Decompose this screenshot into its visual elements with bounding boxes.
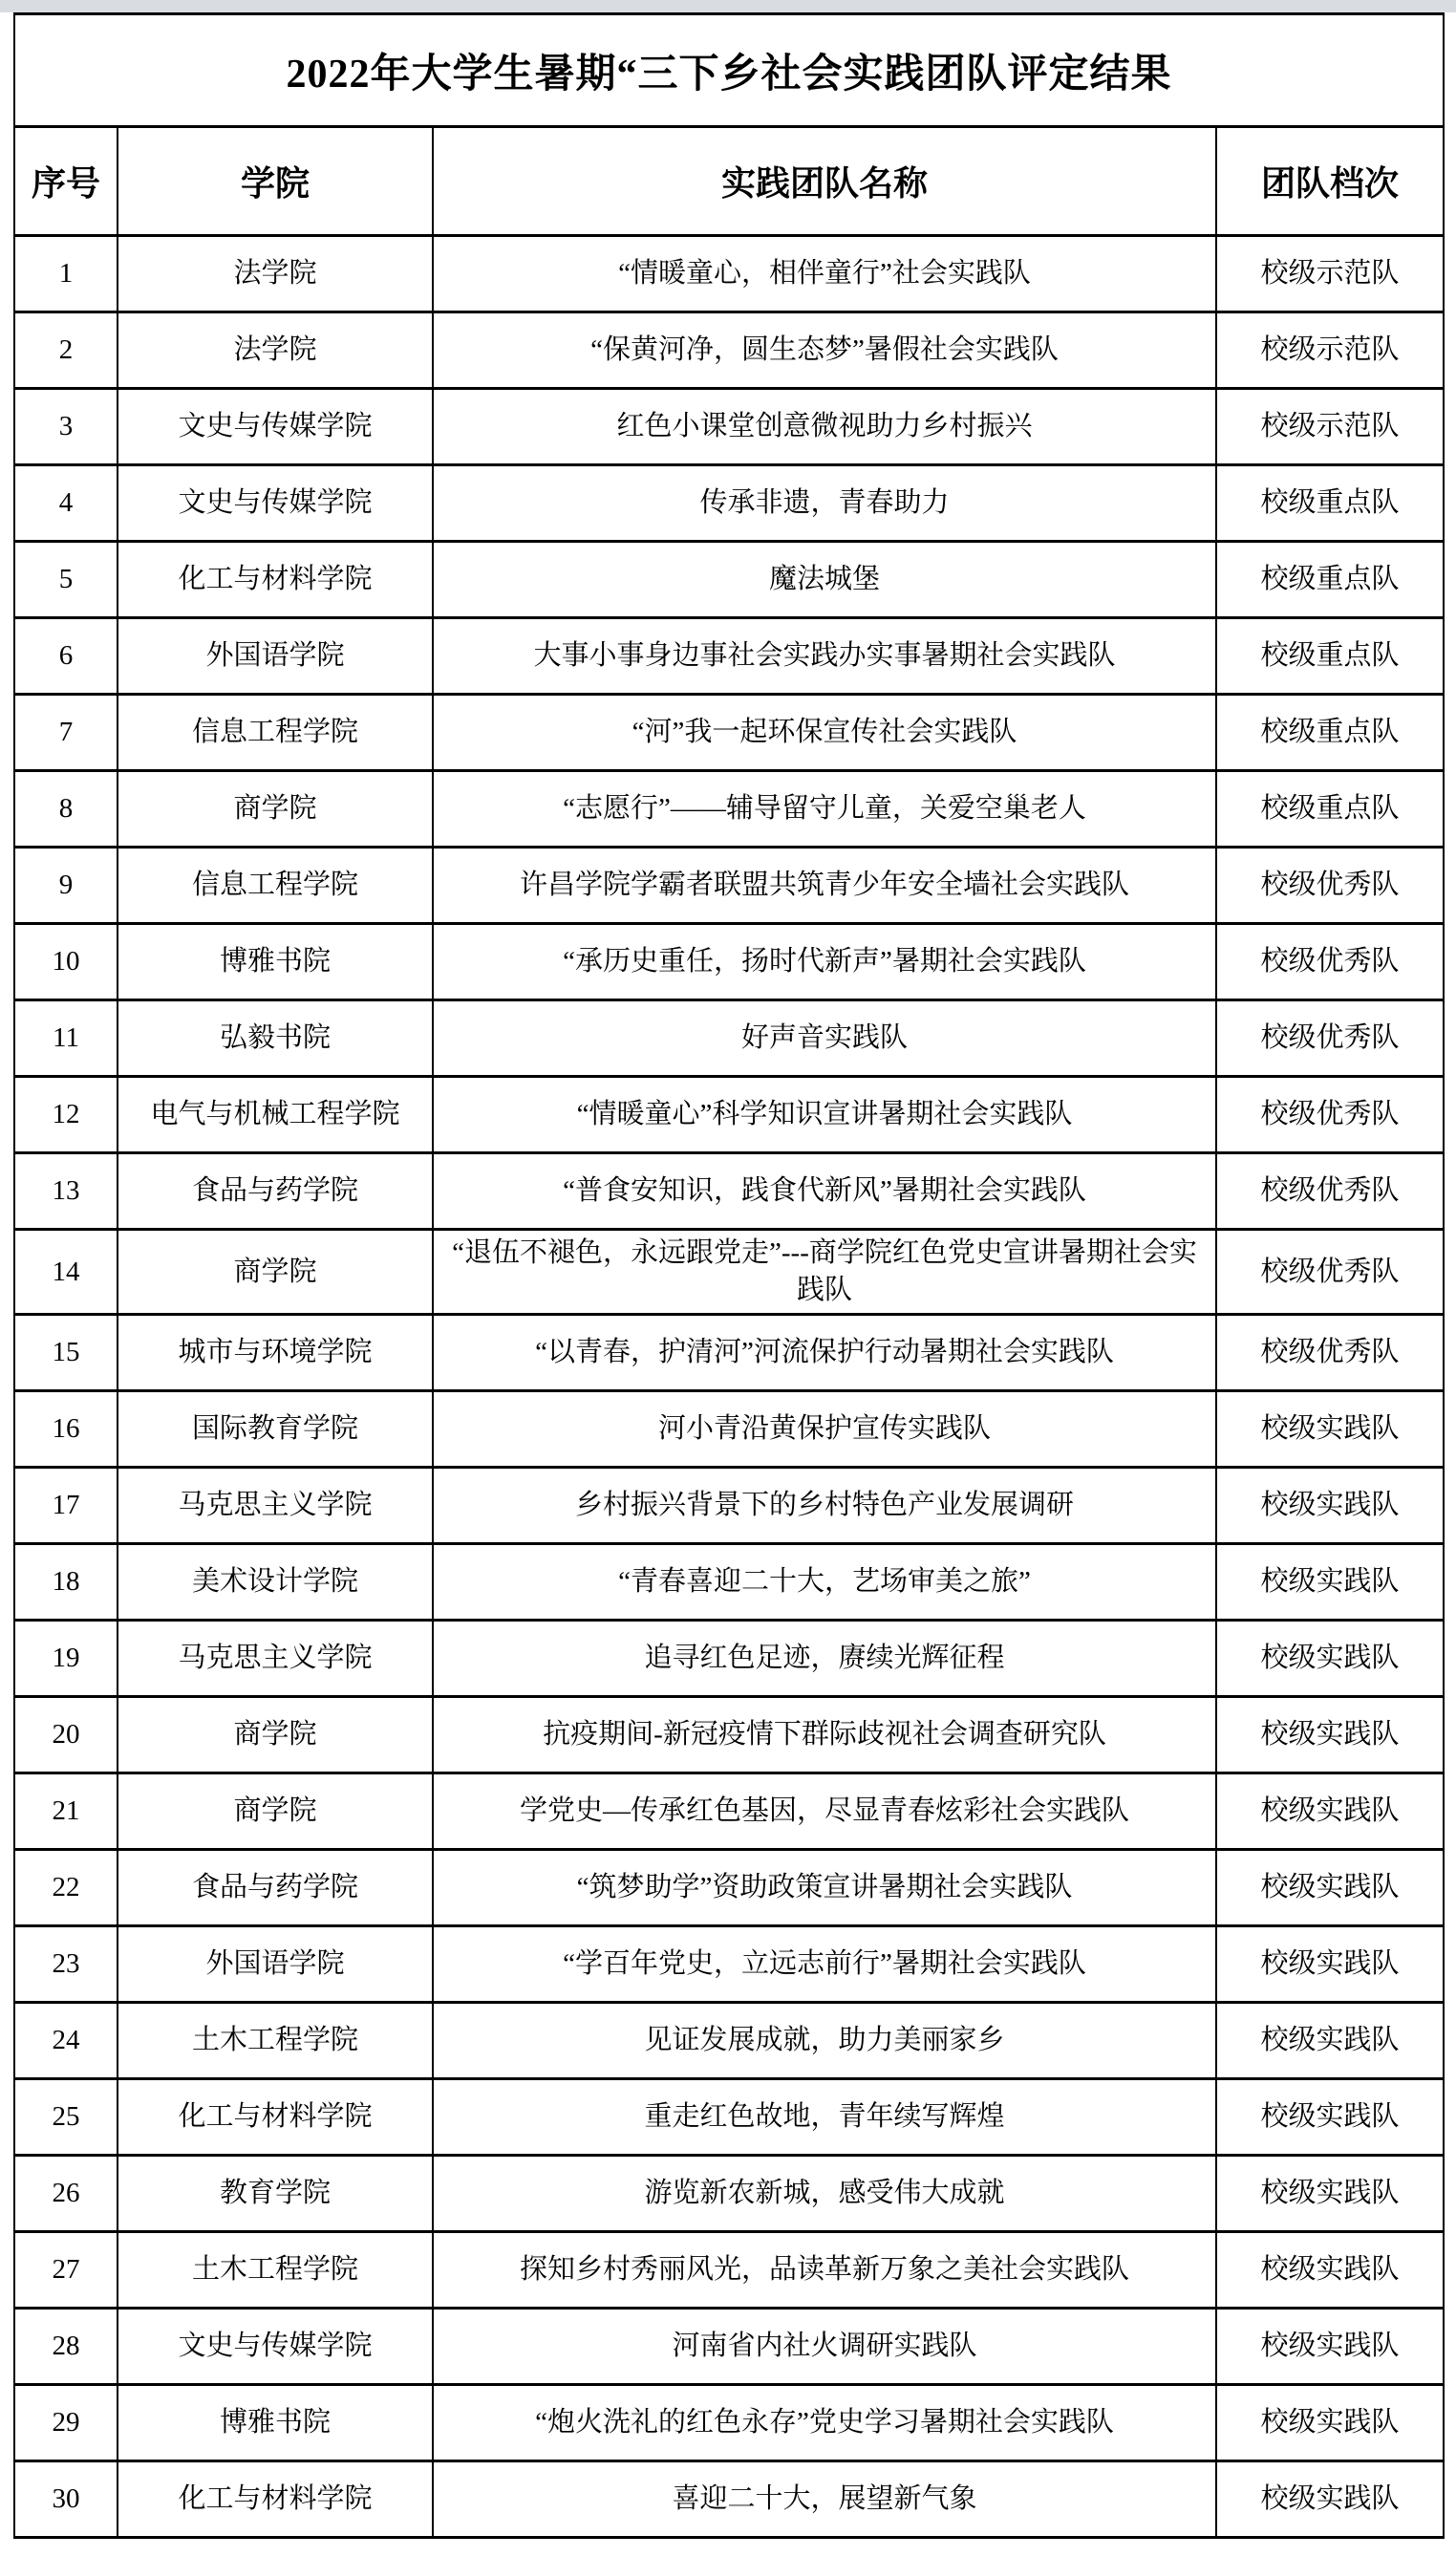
level-cell: 校级重点队 xyxy=(1216,542,1444,618)
college-cell: 马克思主义学院 xyxy=(118,1468,433,1544)
title-row: 2022年大学生暑期“三下乡社会实践团队评定结果 xyxy=(14,14,1444,127)
team-name-cell: “以青春，护清河”河流保护行动暑期社会实践队 xyxy=(433,1315,1216,1391)
column-header-level: 团队档次 xyxy=(1216,127,1444,236)
table-row: 19 马克思主义学院 追寻红色足迹，赓续光辉征程 校级实践队 xyxy=(14,1621,1444,1697)
level-cell: 校级实践队 xyxy=(1216,2232,1444,2309)
college-cell: 文史与传媒学院 xyxy=(118,2309,433,2385)
table-row: 24 土木工程学院 见证发展成就，助力美丽家乡 校级实践队 xyxy=(14,2003,1444,2079)
row-index-cell: 26 xyxy=(14,2156,118,2232)
table-row: 10 博雅书院 “承历史重任，扬时代新声”暑期社会实践队 校级优秀队 xyxy=(14,924,1444,1000)
table-row: 18 美术设计学院 “青春喜迎二十大，艺场审美之旅” 校级实践队 xyxy=(14,1544,1444,1621)
level-cell: 校级实践队 xyxy=(1216,1544,1444,1621)
level-cell: 校级实践队 xyxy=(1216,1697,1444,1773)
header-row: 序号 学院 实践团队名称 团队档次 xyxy=(14,127,1444,236)
college-cell: 博雅书院 xyxy=(118,2385,433,2461)
team-name-cell: 追寻红色足迹，赓续光辉征程 xyxy=(433,1621,1216,1697)
level-cell: 校级实践队 xyxy=(1216,2003,1444,2079)
row-index-cell: 19 xyxy=(14,1621,118,1697)
team-name-cell: “学百年党史，立远志前行”暑期社会实践队 xyxy=(433,1926,1216,2003)
team-name-cell: “情暖童心”科学知识宣讲暑期社会实践队 xyxy=(433,1077,1216,1153)
level-cell: 校级实践队 xyxy=(1216,1773,1444,1850)
column-header-college: 学院 xyxy=(118,127,433,236)
team-name-cell: 红色小课堂创意微视助力乡村振兴 xyxy=(433,389,1216,465)
level-cell: 校级实践队 xyxy=(1216,2309,1444,2385)
row-index-cell: 30 xyxy=(14,2461,118,2538)
team-name-cell: 好声音实践队 xyxy=(433,1000,1216,1077)
row-index-cell: 23 xyxy=(14,1926,118,2003)
table-row: 8 商学院 “志愿行”——辅导留守儿童，关爱空巢老人 校级重点队 xyxy=(14,771,1444,848)
level-cell: 校级实践队 xyxy=(1216,1468,1444,1544)
table-body: 2022年大学生暑期“三下乡社会实践团队评定结果 序号 学院 实践团队名称 团队… xyxy=(14,14,1444,2538)
team-name-cell: “筑梦助学”资助政策宣讲暑期社会实践队 xyxy=(433,1850,1216,1926)
level-cell: 校级优秀队 xyxy=(1216,924,1444,1000)
team-name-cell: “河”我一起环保宣传社会实践队 xyxy=(433,695,1216,771)
college-cell: 土木工程学院 xyxy=(118,2232,433,2309)
row-index-cell: 20 xyxy=(14,1697,118,1773)
level-cell: 校级实践队 xyxy=(1216,2156,1444,2232)
team-name-cell: 学党史—传承红色基因，尽显青春炫彩社会实践队 xyxy=(433,1773,1216,1850)
table-row: 13 食品与药学院 “普食安知识，践食代新风”暑期社会实践队 校级优秀队 xyxy=(14,1153,1444,1230)
college-cell: 法学院 xyxy=(118,312,433,389)
team-name-cell: “退伍不褪色，永远跟党走”---商学院红色党史宣讲暑期社会实践队 xyxy=(433,1230,1216,1315)
page-title: 2022年大学生暑期“三下乡社会实践团队评定结果 xyxy=(14,14,1444,127)
level-cell: 校级示范队 xyxy=(1216,312,1444,389)
table-row: 29 博雅书院 “炮火洗礼的红色永存”党史学习暑期社会实践队 校级实践队 xyxy=(14,2385,1444,2461)
table-row: 26 教育学院 游览新农新城，感受伟大成就 校级实践队 xyxy=(14,2156,1444,2232)
college-cell: 土木工程学院 xyxy=(118,2003,433,2079)
college-cell: 文史与传媒学院 xyxy=(118,389,433,465)
table-row: 3 文史与传媒学院 红色小课堂创意微视助力乡村振兴 校级示范队 xyxy=(14,389,1444,465)
team-name-cell: “保黄河净，圆生态梦”暑假社会实践队 xyxy=(433,312,1216,389)
college-cell: 弘毅书院 xyxy=(118,1000,433,1077)
table-row: 4 文史与传媒学院 传承非遗，青春助力 校级重点队 xyxy=(14,465,1444,542)
row-index-cell: 24 xyxy=(14,2003,118,2079)
table-row: 14 商学院 “退伍不褪色，永远跟党走”---商学院红色党史宣讲暑期社会实践队 … xyxy=(14,1230,1444,1315)
team-name-cell: 河南省内社火调研实践队 xyxy=(433,2309,1216,2385)
row-index-cell: 1 xyxy=(14,236,118,312)
table-row: 15 城市与环境学院 “以青春，护清河”河流保护行动暑期社会实践队 校级优秀队 xyxy=(14,1315,1444,1391)
row-index-cell: 16 xyxy=(14,1391,118,1468)
table-row: 1 法学院 “情暖童心，相伴童行”社会实践队 校级示范队 xyxy=(14,236,1444,312)
team-name-cell: “承历史重任，扬时代新声”暑期社会实践队 xyxy=(433,924,1216,1000)
college-cell: 信息工程学院 xyxy=(118,695,433,771)
level-cell: 校级重点队 xyxy=(1216,771,1444,848)
row-index-cell: 25 xyxy=(14,2079,118,2156)
row-index-cell: 13 xyxy=(14,1153,118,1230)
level-cell: 校级实践队 xyxy=(1216,1391,1444,1468)
level-cell: 校级优秀队 xyxy=(1216,1230,1444,1315)
level-cell: 校级示范队 xyxy=(1216,236,1444,312)
team-name-cell: 重走红色故地，青年续写辉煌 xyxy=(433,2079,1216,2156)
row-index-cell: 5 xyxy=(14,542,118,618)
college-cell: 商学院 xyxy=(118,1230,433,1315)
team-name-cell: 河小青沿黄保护宣传实践队 xyxy=(433,1391,1216,1468)
college-cell: 美术设计学院 xyxy=(118,1544,433,1621)
level-cell: 校级实践队 xyxy=(1216,2461,1444,2538)
row-index-cell: 17 xyxy=(14,1468,118,1544)
table-row: 17 马克思主义学院 乡村振兴背景下的乡村特色产业发展调研 校级实践队 xyxy=(14,1468,1444,1544)
level-cell: 校级实践队 xyxy=(1216,1850,1444,1926)
level-cell: 校级优秀队 xyxy=(1216,1077,1444,1153)
row-index-cell: 6 xyxy=(14,618,118,695)
college-cell: 国际教育学院 xyxy=(118,1391,433,1468)
row-index-cell: 8 xyxy=(14,771,118,848)
college-cell: 商学院 xyxy=(118,771,433,848)
team-name-cell: “情暖童心，相伴童行”社会实践队 xyxy=(433,236,1216,312)
table-row: 30 化工与材料学院 喜迎二十大，展望新气象 校级实践队 xyxy=(14,2461,1444,2538)
level-cell: 校级优秀队 xyxy=(1216,848,1444,924)
team-name-cell: 游览新农新城，感受伟大成就 xyxy=(433,2156,1216,2232)
level-cell: 校级重点队 xyxy=(1216,618,1444,695)
row-index-cell: 22 xyxy=(14,1850,118,1926)
table-row: 22 食品与药学院 “筑梦助学”资助政策宣讲暑期社会实践队 校级实践队 xyxy=(14,1850,1444,1926)
college-cell: 食品与药学院 xyxy=(118,1153,433,1230)
college-cell: 外国语学院 xyxy=(118,618,433,695)
row-index-cell: 18 xyxy=(14,1544,118,1621)
team-name-cell: “炮火洗礼的红色永存”党史学习暑期社会实践队 xyxy=(433,2385,1216,2461)
college-cell: 文史与传媒学院 xyxy=(118,465,433,542)
row-index-cell: 3 xyxy=(14,389,118,465)
table-row: 11 弘毅书院 好声音实践队 校级优秀队 xyxy=(14,1000,1444,1077)
table-row: 27 土木工程学院 探知乡村秀丽风光，品读革新万象之美社会实践队 校级实践队 xyxy=(14,2232,1444,2309)
row-index-cell: 21 xyxy=(14,1773,118,1850)
level-cell: 校级实践队 xyxy=(1216,1621,1444,1697)
college-cell: 外国语学院 xyxy=(118,1926,433,2003)
row-index-cell: 27 xyxy=(14,2232,118,2309)
college-cell: 化工与材料学院 xyxy=(118,542,433,618)
row-index-cell: 28 xyxy=(14,2309,118,2385)
team-name-cell: 魔法城堡 xyxy=(433,542,1216,618)
college-cell: 法学院 xyxy=(118,236,433,312)
college-cell: 食品与药学院 xyxy=(118,1850,433,1926)
team-name-cell: 探知乡村秀丽风光，品读革新万象之美社会实践队 xyxy=(433,2232,1216,2309)
level-cell: 校级实践队 xyxy=(1216,2385,1444,2461)
college-cell: 信息工程学院 xyxy=(118,848,433,924)
row-index-cell: 11 xyxy=(14,1000,118,1077)
table-row: 20 商学院 抗疫期间-新冠疫情下群际歧视社会调查研究队 校级实践队 xyxy=(14,1697,1444,1773)
row-index-cell: 4 xyxy=(14,465,118,542)
team-name-cell: “志愿行”——辅导留守儿童，关爱空巢老人 xyxy=(433,771,1216,848)
column-header-no: 序号 xyxy=(14,127,118,236)
college-cell: 化工与材料学院 xyxy=(118,2079,433,2156)
row-index-cell: 9 xyxy=(14,848,118,924)
college-cell: 城市与环境学院 xyxy=(118,1315,433,1391)
college-cell: 电气与机械工程学院 xyxy=(118,1077,433,1153)
table-row: 6 外国语学院 大事小事身边事社会实践办实事暑期社会实践队 校级重点队 xyxy=(14,618,1444,695)
level-cell: 校级优秀队 xyxy=(1216,1315,1444,1391)
college-cell: 博雅书院 xyxy=(118,924,433,1000)
table-row: 7 信息工程学院 “河”我一起环保宣传社会实践队 校级重点队 xyxy=(14,695,1444,771)
team-name-cell: 许昌学院学霸者联盟共筑青少年安全墙社会实践队 xyxy=(433,848,1216,924)
level-cell: 校级实践队 xyxy=(1216,1926,1444,2003)
row-index-cell: 14 xyxy=(14,1230,118,1315)
level-cell: 校级实践队 xyxy=(1216,2079,1444,2156)
row-index-cell: 7 xyxy=(14,695,118,771)
level-cell: 校级重点队 xyxy=(1216,695,1444,771)
level-cell: 校级重点队 xyxy=(1216,465,1444,542)
level-cell: 校级优秀队 xyxy=(1216,1153,1444,1230)
team-name-cell: 喜迎二十大，展望新气象 xyxy=(433,2461,1216,2538)
results-table: 2022年大学生暑期“三下乡社会实践团队评定结果 序号 学院 实践团队名称 团队… xyxy=(13,12,1445,2539)
college-cell: 商学院 xyxy=(118,1773,433,1850)
team-name-cell: 大事小事身边事社会实践办实事暑期社会实践队 xyxy=(433,618,1216,695)
college-cell: 化工与材料学院 xyxy=(118,2461,433,2538)
row-index-cell: 29 xyxy=(14,2385,118,2461)
table-row: 5 化工与材料学院 魔法城堡 校级重点队 xyxy=(14,542,1444,618)
table-row: 25 化工与材料学院 重走红色故地，青年续写辉煌 校级实践队 xyxy=(14,2079,1444,2156)
college-cell: 商学院 xyxy=(118,1697,433,1773)
row-index-cell: 10 xyxy=(14,924,118,1000)
team-name-cell: 乡村振兴背景下的乡村特色产业发展调研 xyxy=(433,1468,1216,1544)
row-index-cell: 2 xyxy=(14,312,118,389)
level-cell: 校级优秀队 xyxy=(1216,1000,1444,1077)
college-cell: 马克思主义学院 xyxy=(118,1621,433,1697)
table-row: 16 国际教育学院 河小青沿黄保护宣传实践队 校级实践队 xyxy=(14,1391,1444,1468)
table-row: 12 电气与机械工程学院 “情暖童心”科学知识宣讲暑期社会实践队 校级优秀队 xyxy=(14,1077,1444,1153)
team-name-cell: 见证发展成就，助力美丽家乡 xyxy=(433,2003,1216,2079)
row-index-cell: 15 xyxy=(14,1315,118,1391)
results-sheet: 2022年大学生暑期“三下乡社会实践团队评定结果 序号 学院 实践团队名称 团队… xyxy=(13,12,1443,2539)
table-row: 9 信息工程学院 许昌学院学霸者联盟共筑青少年安全墙社会实践队 校级优秀队 xyxy=(14,848,1444,924)
table-row: 21 商学院 学党史—传承红色基因，尽显青春炫彩社会实践队 校级实践队 xyxy=(14,1773,1444,1850)
college-cell: 教育学院 xyxy=(118,2156,433,2232)
column-header-team: 实践团队名称 xyxy=(433,127,1216,236)
team-name-cell: 抗疫期间-新冠疫情下群际歧视社会调查研究队 xyxy=(433,1697,1216,1773)
team-name-cell: “普食安知识，践食代新风”暑期社会实践队 xyxy=(433,1153,1216,1230)
table-row: 28 文史与传媒学院 河南省内社火调研实践队 校级实践队 xyxy=(14,2309,1444,2385)
row-index-cell: 12 xyxy=(14,1077,118,1153)
table-row: 2 法学院 “保黄河净，圆生态梦”暑假社会实践队 校级示范队 xyxy=(14,312,1444,389)
level-cell: 校级示范队 xyxy=(1216,389,1444,465)
team-name-cell: 传承非遗，青春助力 xyxy=(433,465,1216,542)
table-row: 23 外国语学院 “学百年党史，立远志前行”暑期社会实践队 校级实践队 xyxy=(14,1926,1444,2003)
window-top-strip xyxy=(0,0,1456,12)
team-name-cell: “青春喜迎二十大，艺场审美之旅” xyxy=(433,1544,1216,1621)
